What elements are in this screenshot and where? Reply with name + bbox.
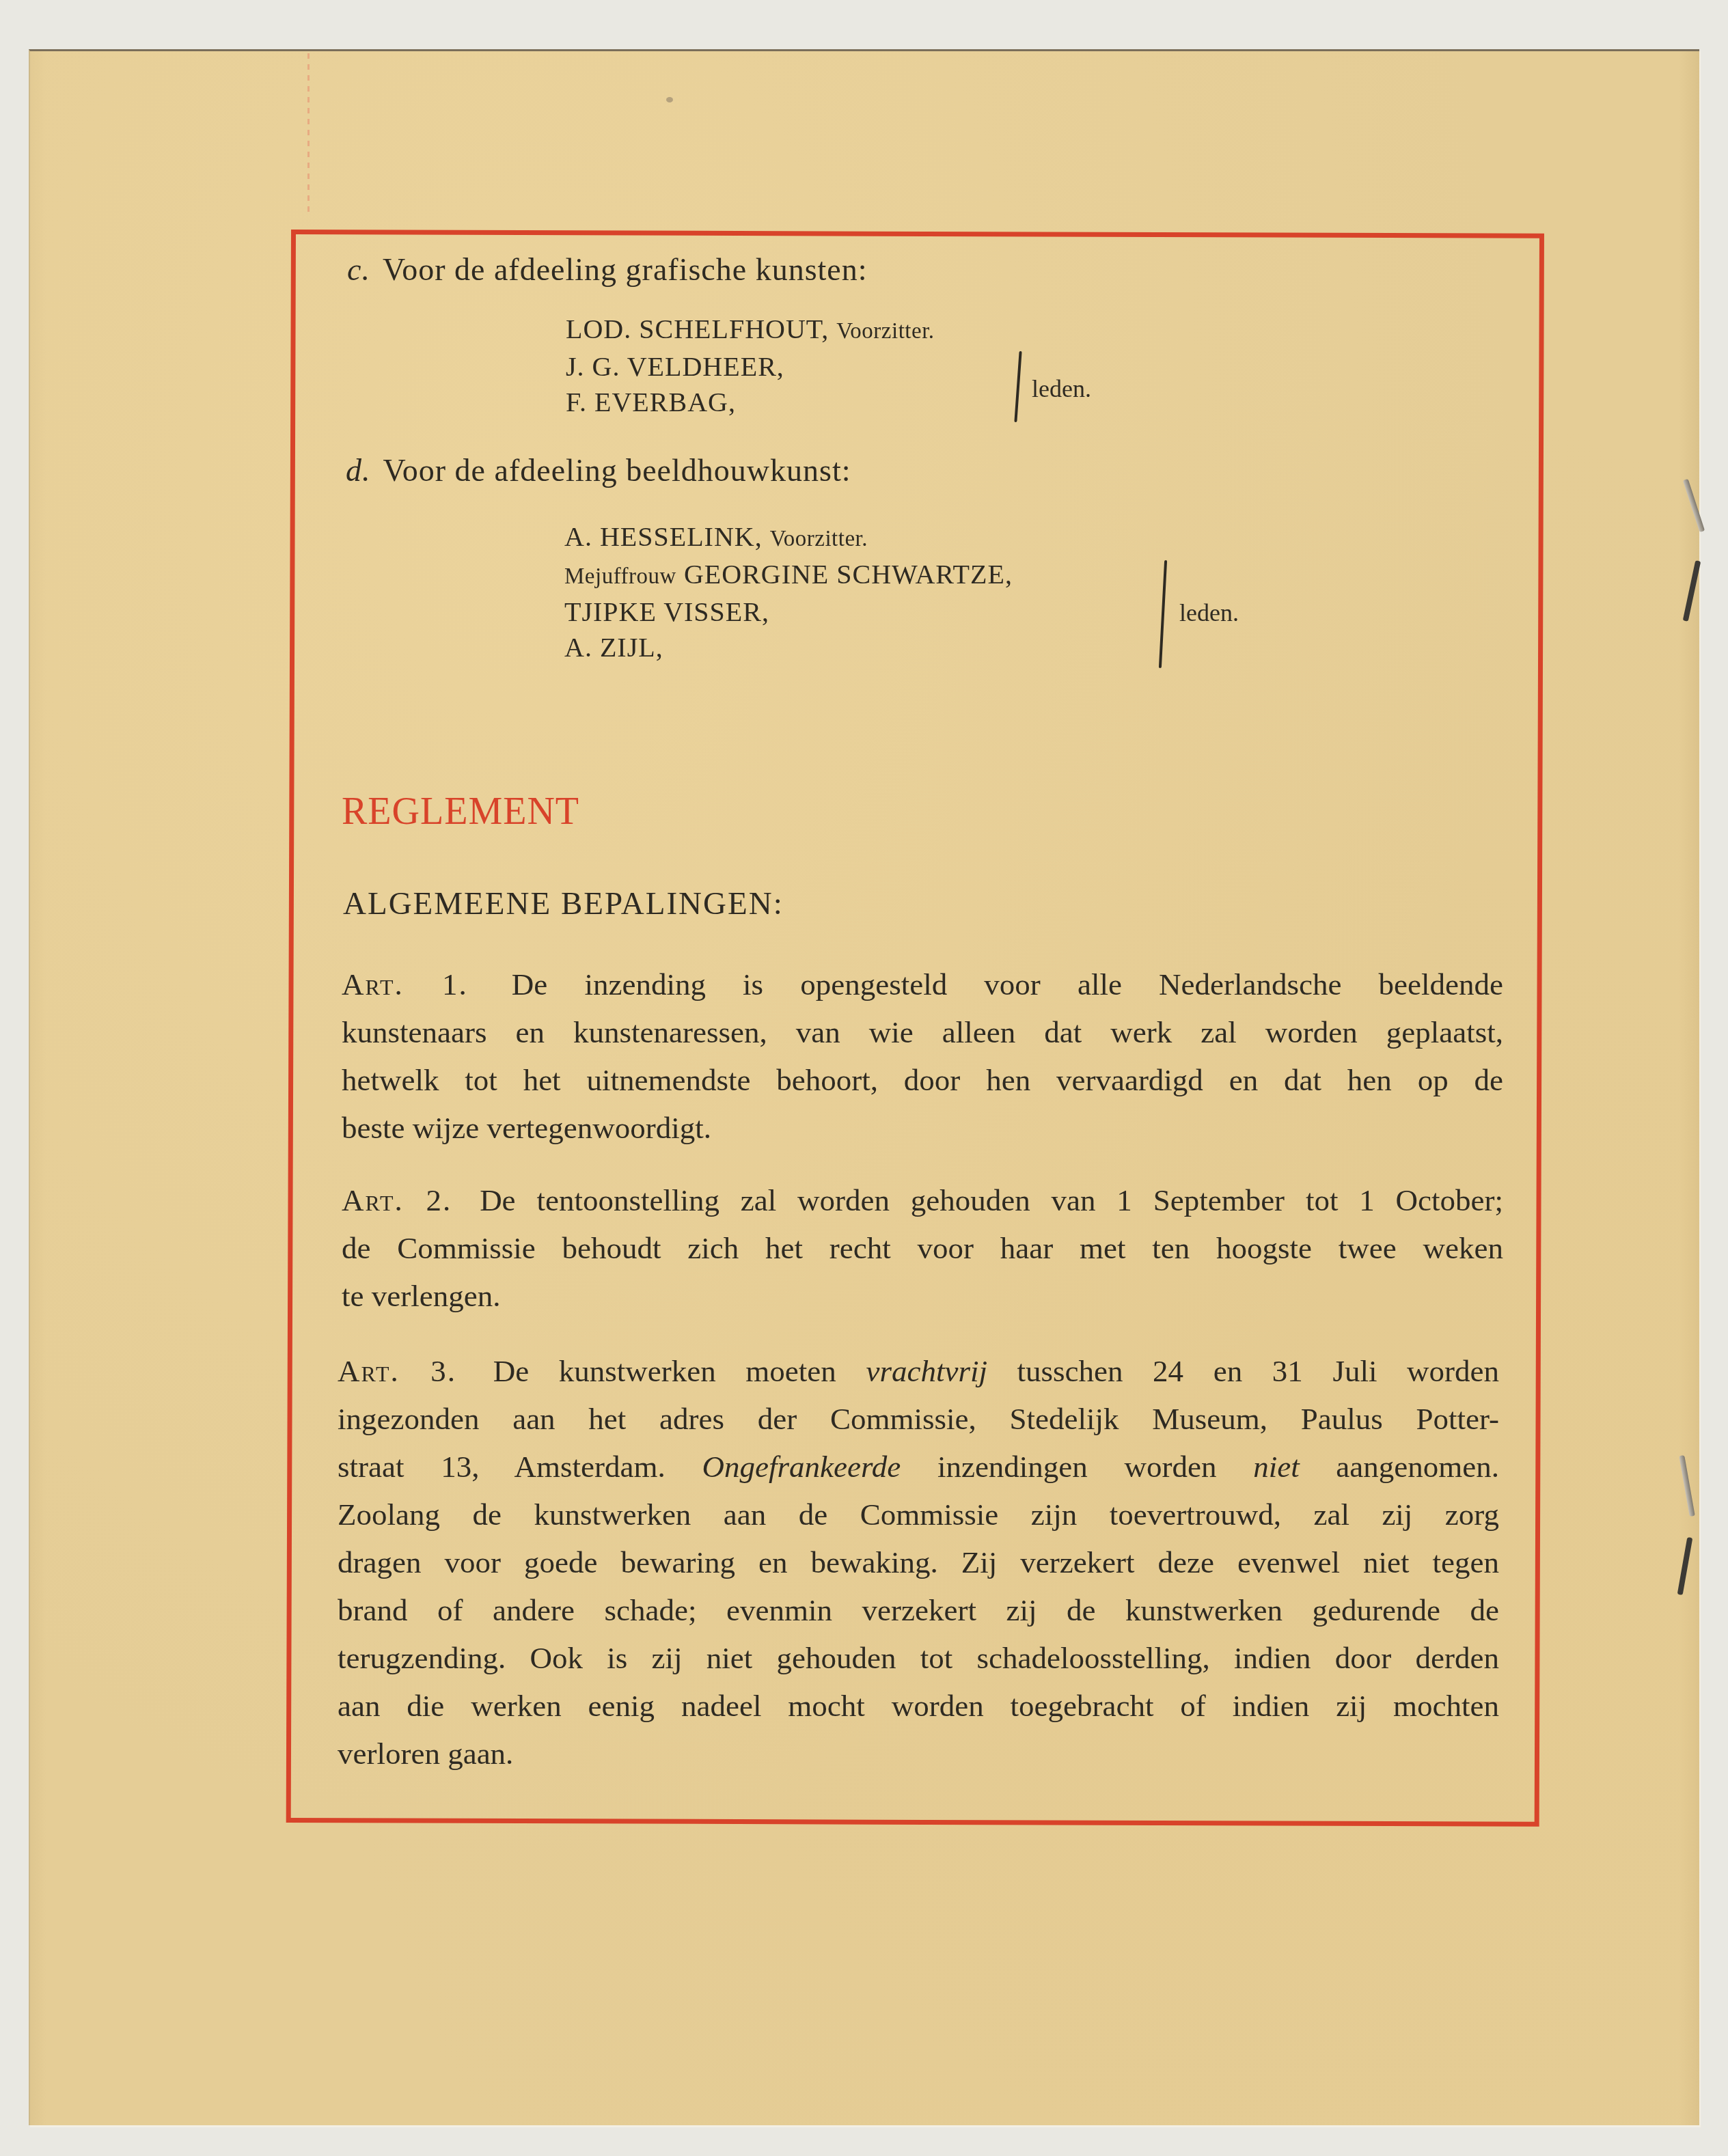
article-line: de Commissie behoudt zich het recht voor… [342, 1224, 1503, 1272]
article-1: Art. 1. De inzending is opengesteld voor… [342, 960, 1503, 1152]
section-d-heading: d.Voor de afdeeling beeldhouwkunst: [346, 452, 851, 488]
member-name: J. G. VELDHEER, [566, 349, 935, 385]
article-number: Art. 2. [342, 1183, 452, 1217]
article-line: Art. 2. De tentoonstelling zal worden ge… [342, 1176, 1503, 1224]
article-line: straat 13, Amsterdam. Ongefrankeerde inz… [338, 1443, 1499, 1491]
algemeene-bepalingen-heading: ALGEMEENE BEPALINGEN: [343, 885, 784, 922]
section-d-heading-text: Voor de afdeeling beeldhouwkunst: [383, 453, 851, 488]
emphasis-text: Ongefrankeerde [702, 1450, 901, 1484]
article-3: Art. 3. De kunstwerken moeten vrachtvrij… [338, 1347, 1499, 1778]
article-line: terugzending. Ook is zij niet gehouden t… [338, 1634, 1499, 1682]
article-line: beste wijze vertegenwoordigt. [342, 1104, 1503, 1152]
section-c-heading: c.Voor de afdeeling grafische kunsten: [347, 251, 868, 288]
member-name: TJIPKE VISSER, [564, 596, 769, 627]
emphasis-text: vrachtvrij [866, 1354, 987, 1388]
section-d-chair: A. HESSELINK, Voorzitter. [564, 519, 1013, 557]
article-line: Art. 3. De kunstwerken moeten vrachtvrij… [338, 1347, 1499, 1395]
article-2: Art. 2. De tentoonstelling zal worden ge… [342, 1176, 1503, 1320]
member-name: GEORGINE SCHWARTZE, [684, 559, 1013, 590]
fold-mark [307, 53, 310, 217]
article-line: te verlengen. [342, 1272, 1503, 1320]
article-line: dragen voor goede bewaring en bewaking. … [338, 1538, 1499, 1586]
section-c-heading-text: Voor de afdeeling grafische kunsten: [383, 252, 868, 287]
emphasis-text: niet [1253, 1450, 1299, 1484]
section-d-letter: d. [346, 453, 371, 488]
article-line: ingezonden aan het adres der Commissie, … [338, 1395, 1499, 1443]
member-row: Mejuffrouw GEORGINE SCHWARTZE, [564, 557, 1013, 594]
member-prefix: Mejuffrouw [564, 564, 676, 589]
article-number: Art. 3. [338, 1354, 456, 1388]
article-line: Art. 1. De inzending is opengesteld voor… [342, 960, 1503, 1008]
section-c-chair: LOD. SCHELFHOUT, Voorzitter. [566, 312, 935, 349]
article-line: aan die werken eenig nadeel mocht worden… [338, 1682, 1499, 1730]
member-name: F. EVERBAG, [566, 385, 935, 420]
member-name: A. ZIJL, [564, 632, 663, 663]
section-c-members: LOD. SCHELFHOUT, Voorzitter. J. G. VELDH… [566, 312, 935, 420]
members-label: leden. [1179, 598, 1239, 627]
member-row: TJIPKE VISSER, [564, 594, 1013, 630]
article-line: brand of andere schade; evenmin verzeker… [338, 1586, 1499, 1634]
chair-role: Voorzitter. [770, 527, 868, 551]
chair-name: A. HESSELINK, [564, 521, 763, 552]
article-line: Zoolang de kunstwerken aan de Commissie … [338, 1491, 1499, 1538]
article-line: verloren gaan. [338, 1730, 1499, 1778]
members-label: leden. [1032, 374, 1091, 403]
chair-name: LOD. SCHELFHOUT, [566, 314, 829, 344]
paper-speck [666, 97, 673, 102]
section-c-letter: c. [347, 252, 370, 287]
section-d-members: A. HESSELINK, Voorzitter. Mejuffrouw GEO… [564, 519, 1013, 665]
article-number: Art. 1. [342, 967, 468, 1001]
article-line: kunstenaars en kunstenaressen, van wie a… [342, 1008, 1503, 1056]
article-line: hetwelk tot het uitnemendste behoort, do… [342, 1056, 1503, 1104]
reglement-title: REGLEMENT [342, 790, 579, 833]
member-row: A. ZIJL, [564, 630, 1013, 665]
chair-role: Voorzitter. [836, 319, 934, 344]
